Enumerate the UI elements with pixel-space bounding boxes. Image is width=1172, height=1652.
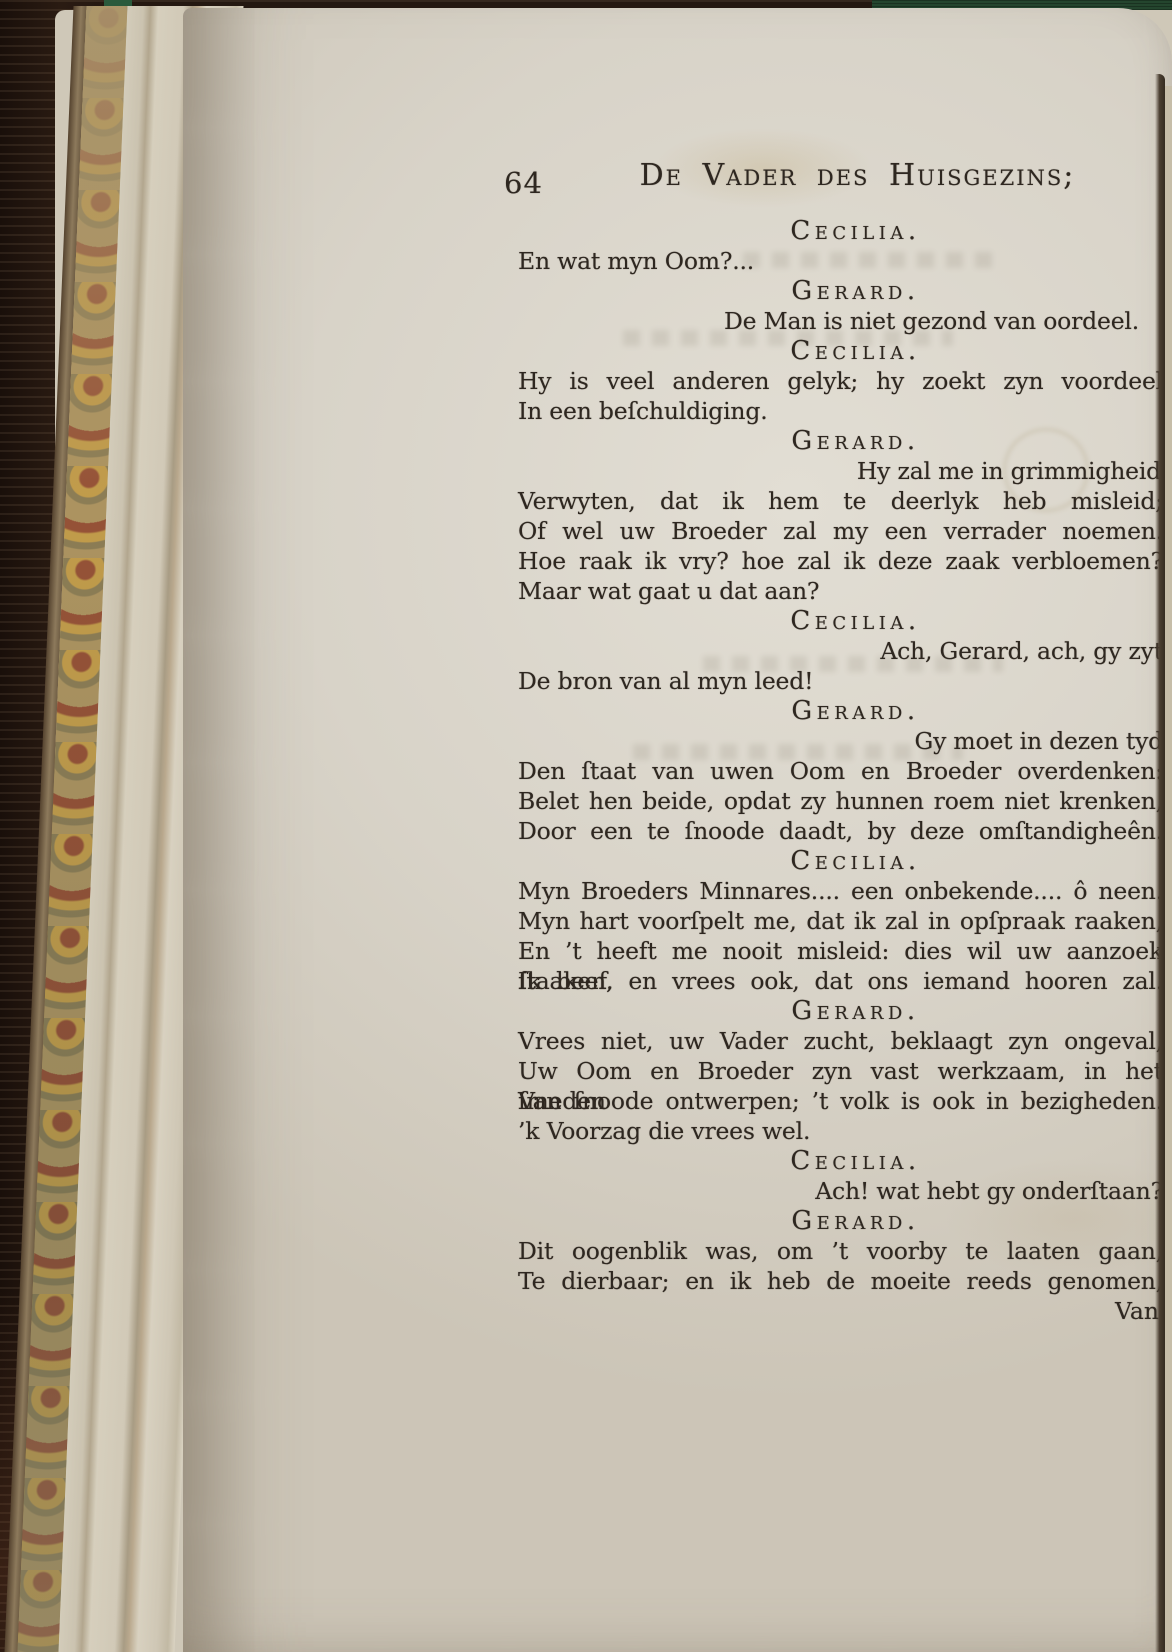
- verse-line: Ik beef, en vrees ook, dat ons iemand ho…: [518, 966, 1163, 996]
- verse-line: ’k Voorzag die vrees wel.: [518, 1116, 1163, 1146]
- verse-line: Myn hart voorſpelt me, dat ik zal in opſ…: [518, 906, 1163, 936]
- speaker-name: Cecilia.: [518, 846, 1163, 876]
- verse-line: De Man is niet gezond van oordeel.: [518, 306, 1163, 336]
- page-header: 64 De Vader des Huisgezins;: [518, 158, 1163, 204]
- verse-line: Gy moet in dezen tyd: [518, 726, 1163, 756]
- verse-line: En ’t heeft me nooit misleid: dies wil u…: [518, 936, 1163, 966]
- speaker-name: Cecilia.: [518, 606, 1163, 636]
- verse-line: Den ſtaat van uwen Oom en Broeder overde…: [518, 756, 1163, 786]
- speaker-name: Gerard.: [518, 696, 1163, 726]
- catchword: Van: [518, 1296, 1163, 1326]
- verse-line: Verwyten, dat ik hem te deerlyk heb misl…: [518, 486, 1163, 516]
- verse-line: De bron van al myn leed!: [518, 666, 1163, 696]
- speaker-name: Cecilia.: [518, 336, 1163, 366]
- verse-line: Te dierbaar; en ik heb de moeite reeds g…: [518, 1266, 1163, 1296]
- verse-line: Dit oogenblik was, om ’t voorby te laate…: [518, 1236, 1163, 1266]
- verse-line: Uw Oom en Broeder zyn vast werkzaam, in …: [518, 1056, 1163, 1086]
- speaker-name: Gerard.: [518, 276, 1163, 306]
- verse-line: Hy zal me in grimmigheid: [518, 456, 1163, 486]
- verse-line: Myn Broeders Minnares.... een onbekende.…: [518, 876, 1163, 906]
- page-number: 64: [504, 166, 543, 200]
- verse-line: Ach, Gerard, ach, gy zyt: [518, 636, 1163, 666]
- speaker-name: Cecilia.: [518, 216, 1163, 246]
- speaker-name: Cecilia.: [518, 1146, 1163, 1176]
- speaker-name: Gerard.: [518, 426, 1163, 456]
- text-lines: Cecilia.En wat myn Oom?...Gerard.De Man …: [518, 216, 1163, 1296]
- page-right-edge-shadow: [1155, 74, 1165, 1652]
- printed-text-block: 64 De Vader des Huisgezins; Cecilia.En w…: [518, 158, 1163, 1326]
- verse-line: En wat myn Oom?...: [518, 246, 1163, 276]
- book-page-surface: 64 De Vader des Huisgezins; Cecilia.En w…: [183, 8, 1172, 1652]
- running-title: De Vader des Huisgezins;: [518, 158, 1163, 193]
- verse-line: Door een te ſnoode daadt, by deze omſtan…: [518, 816, 1163, 846]
- speaker-name: Gerard.: [518, 996, 1163, 1026]
- verse-line: Maar wat gaat u dat aan?: [518, 576, 1163, 606]
- verse-line: Van ſnoode ontwerpen; ’t volk is ook in …: [518, 1086, 1163, 1116]
- speaker-name: Gerard.: [518, 1206, 1163, 1236]
- book: 64 De Vader des Huisgezins; Cecilia.En w…: [55, 6, 1172, 1652]
- verse-line: Ach! wat hebt gy onderſtaan?: [518, 1176, 1163, 1206]
- verse-line: Vrees niet, uw Vader zucht, beklaagt zyn…: [518, 1026, 1163, 1056]
- verse-line: Belet hen beide, opdat zy hunnen roem ni…: [518, 786, 1163, 816]
- next-page-edge: [1165, 86, 1172, 1652]
- verse-line: Hoe raak ik vry? hoe zal ik deze zaak ve…: [518, 546, 1163, 576]
- verse-line: Of wel uw Broeder zal my een verrader no…: [518, 516, 1163, 546]
- photo-of-book-page: { "page": { "page_number": "64", "runnin…: [0, 0, 1172, 1652]
- verse-line: In een beſchuldiging.: [518, 396, 1163, 426]
- verse-line: Hy is veel anderen gelyk; hy zoekt zyn v…: [518, 366, 1163, 396]
